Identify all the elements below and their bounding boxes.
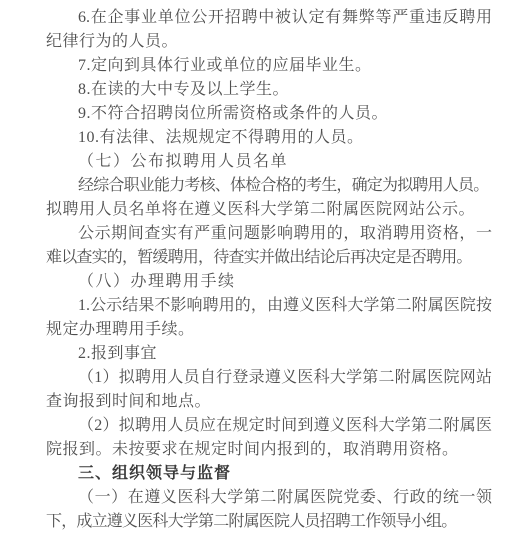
text-line: 10.有法律、法规规定不得聘用的人员。 — [46, 126, 492, 150]
text-line: 纪律行为的人员。 — [46, 30, 492, 54]
text-line: （七）公布拟聘用人员名单 — [46, 150, 492, 174]
text-line: （1）拟聘用人员自行登录遵义医科大学第二附属医院网站 — [46, 366, 492, 390]
text-line: （2）拟聘用人员应在规定时间到遵义医科大学第二附属医 — [46, 414, 492, 438]
text-line: 公示期间查实有严重问题影响聘用的，取消聘用资格，一时 — [46, 222, 492, 246]
text-line: 查询报到时间和地点。 — [46, 390, 492, 414]
text-line: 下，成立遵义医科大学第二附属医院人员招聘工作领导小组。 — [46, 510, 492, 534]
text-line: （八）办理聘用手续 — [46, 270, 492, 294]
document-body: 6.在企事业单位公开招聘中被认定有舞弊等严重违反聘用纪律行为的人员。7.定向到具… — [46, 6, 492, 534]
text-line: 9.不符合招聘岗位所需资格或条件的人员。 — [46, 102, 492, 126]
document-page: 6.在企事业单位公开招聘中被认定有舞弊等严重违反聘用纪律行为的人员。7.定向到具… — [0, 0, 522, 545]
text-line: 8.在读的大中专及以上学生。 — [46, 78, 492, 102]
text-line: 拟聘用人员名单将在遵义医科大学第二附属医院网站公示。 — [46, 198, 492, 222]
text-line: 院报到。未按要求在规定时间内报到的，取消聘用资格。 — [46, 438, 492, 462]
text-line: 2.报到事宜 — [46, 342, 492, 366]
text-line: 难以查实的，暂缓聘用，待查实并做出结论后再决定是否聘用。 — [46, 246, 492, 270]
text-line: 6.在企事业单位公开招聘中被认定有舞弊等严重违反聘用 — [46, 6, 492, 30]
text-line: （一）在遵义医科大学第二附属医院党委、行政的统一领导 — [46, 486, 492, 510]
text-line: 1.公示结果不影响聘用的，由遵义医科大学第二附属医院按 — [46, 294, 492, 318]
text-line: 7.定向到具体行业或单位的应届毕业生。 — [46, 54, 492, 78]
text-line: 三、组织领导与监督 — [46, 462, 492, 486]
text-line: 经综合职业能力考核、体检合格的考生，确定为拟聘用人员。 — [46, 174, 492, 198]
text-line: 规定办理聘用手续。 — [46, 318, 492, 342]
